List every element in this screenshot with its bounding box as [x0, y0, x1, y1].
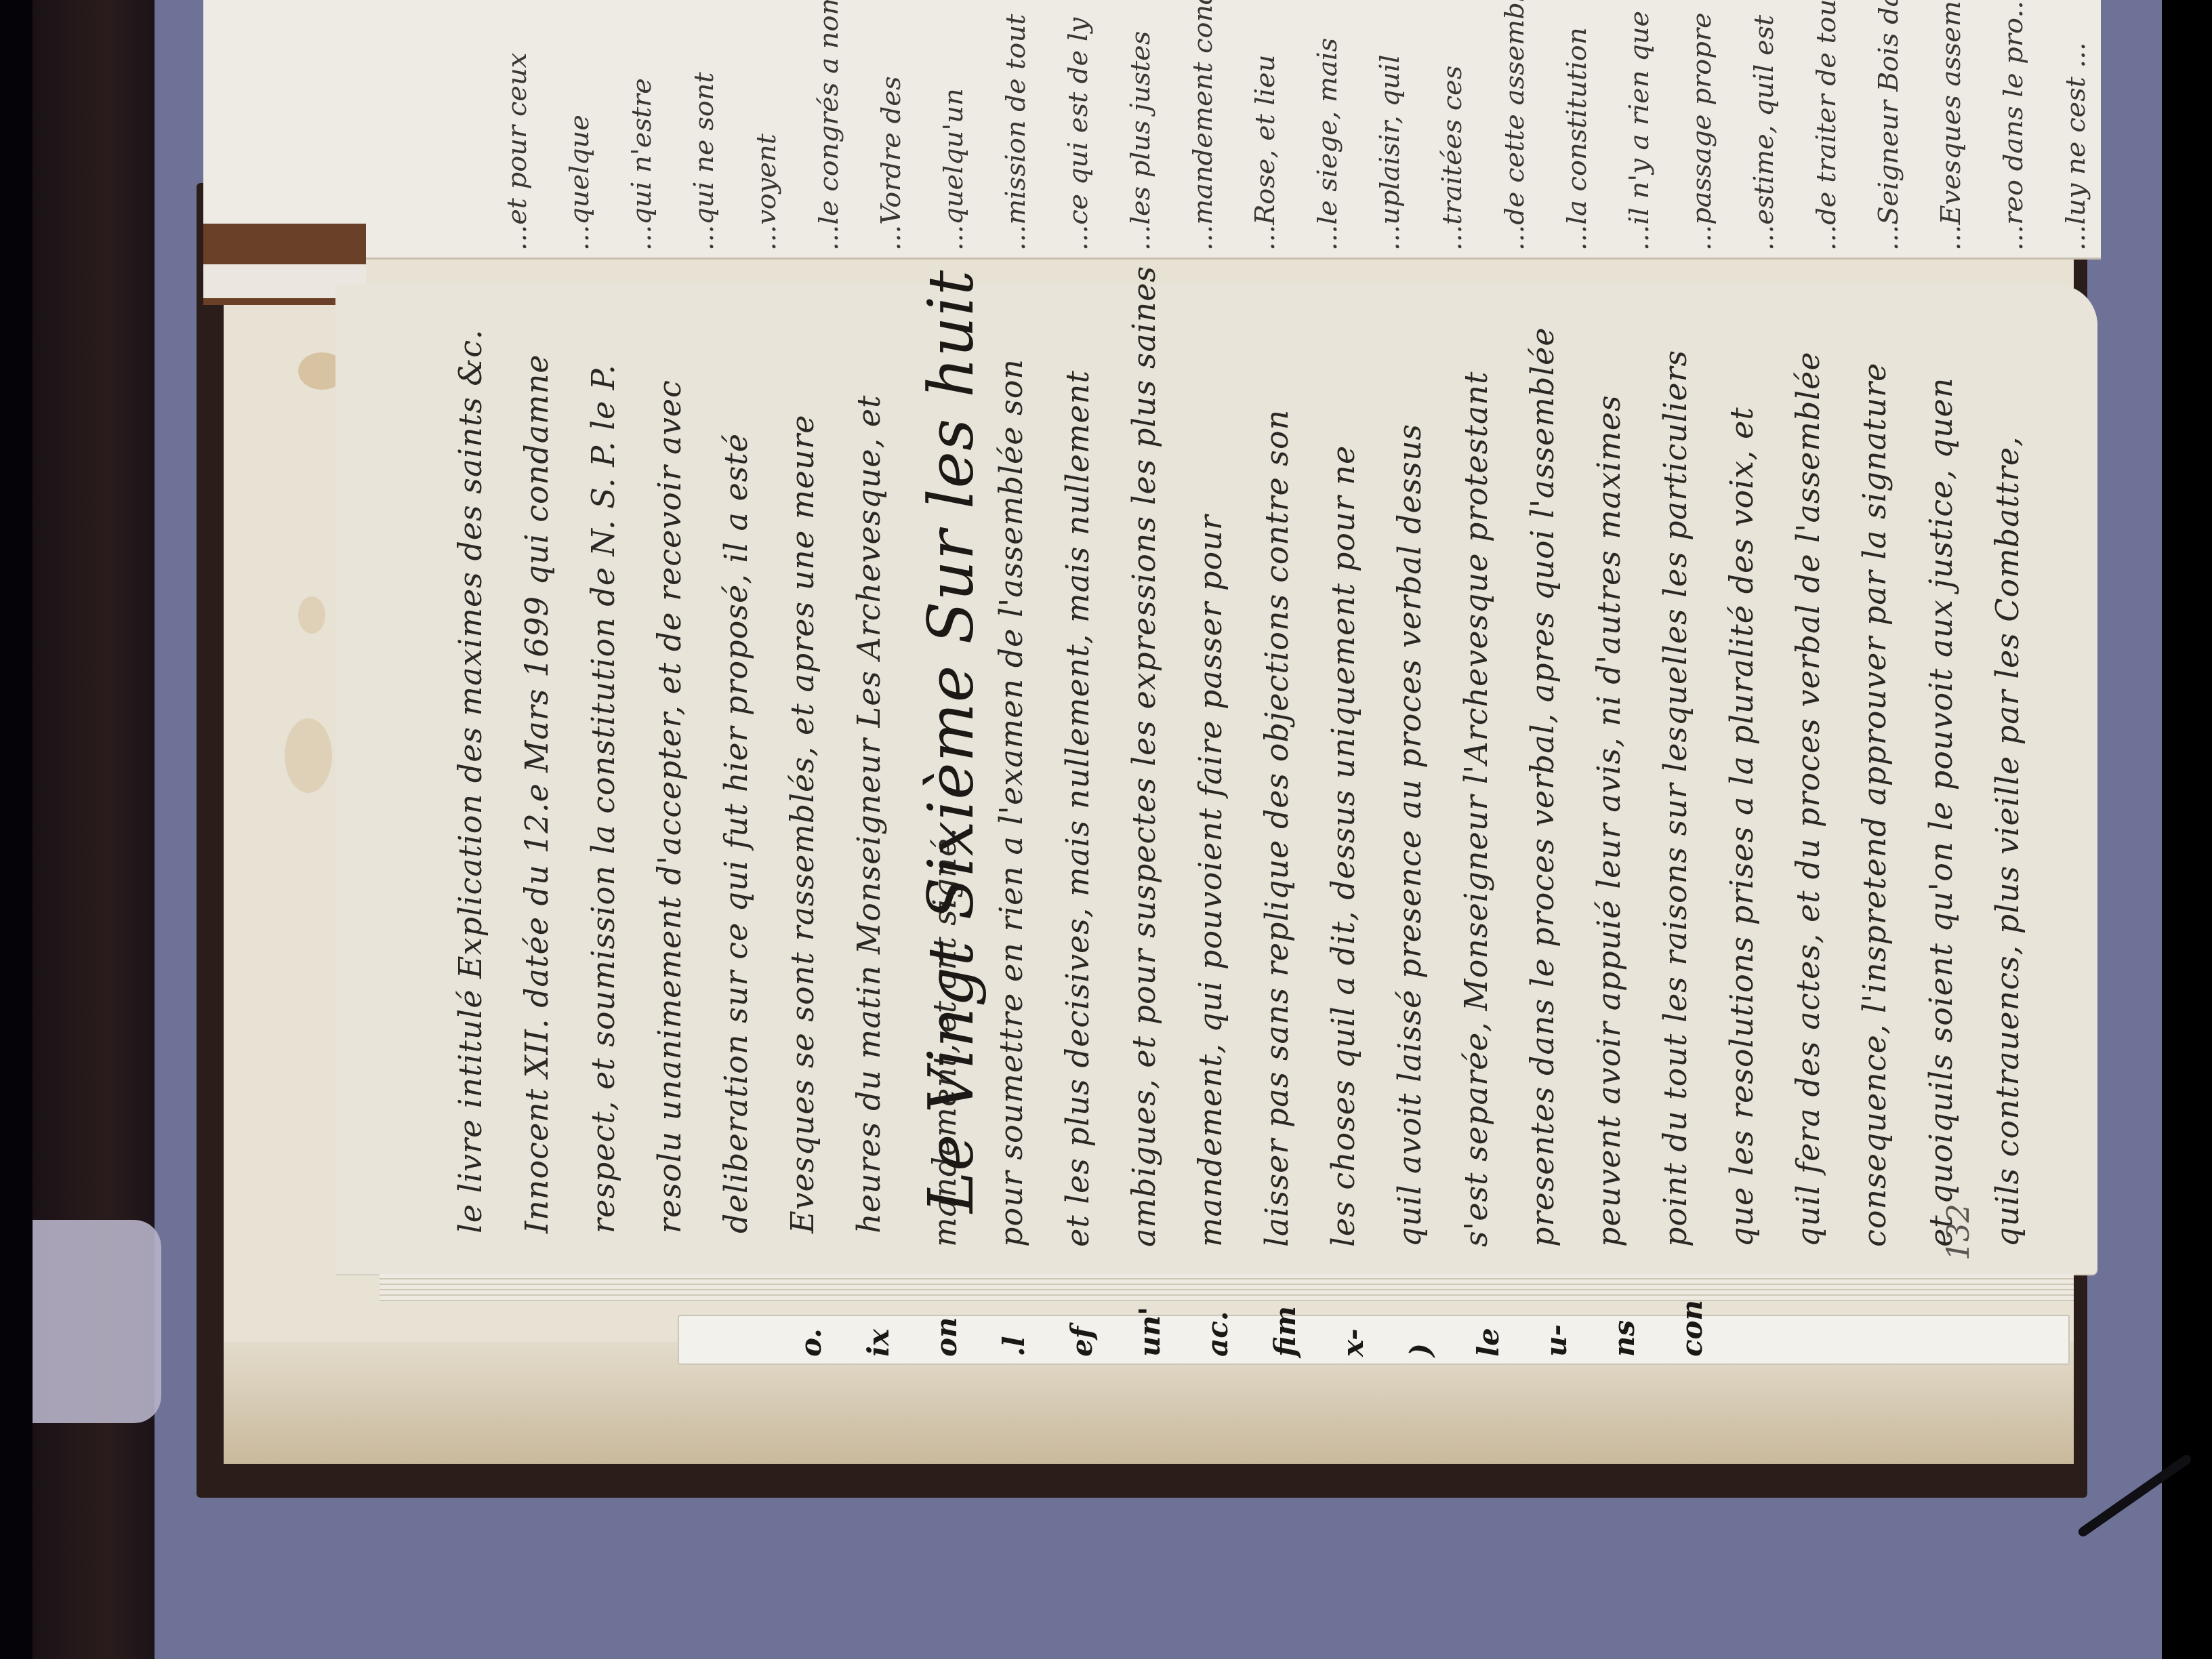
cloth-fragment	[33, 1220, 161, 1423]
manuscript-line: ambigues, et pour suspectes les expressi…	[1126, 266, 1162, 1247]
facing-page-line: ...quelque	[564, 115, 595, 251]
section-heading: Le Vingt Sixième Sur les huit	[915, 270, 987, 1213]
manuscript-line: deliberation sur ce qui fut hier proposé…	[718, 433, 754, 1233]
slip-fragment: con	[1675, 1300, 1708, 1357]
slip-fragment: )	[1404, 1343, 1437, 1357]
manuscript-line: heures du matin Monseigneur Les Archeves…	[851, 395, 887, 1233]
facing-page-line: ...estime, quil est	[1748, 15, 1780, 251]
facing-page-line: ...et pour ceux	[501, 53, 533, 251]
slip-fragment: ix	[862, 1329, 895, 1357]
manuscript-line: quil fera des actes, et du proces verbal…	[1790, 351, 1826, 1247]
page-number: 132	[1942, 1204, 1976, 1261]
facing-page-line: ...voyent	[751, 134, 782, 251]
facing-page-line: ...Evesques assemblés	[1935, 0, 1967, 251]
facing-page-line: ...reo dans le pro...	[1998, 0, 2029, 251]
slip-fragment: un'	[1133, 1307, 1166, 1357]
facing-page-line: ...les plus justes	[1125, 31, 1156, 251]
facing-page-line: ...mandement condamné	[1187, 0, 1218, 251]
inserted-paper-slip: connsu-le)x-fimac.un'ef.lonixo.	[678, 1315, 2070, 1365]
slip-fragment: fim	[1269, 1306, 1302, 1357]
facing-page-line: ...le congrés a nom	[813, 0, 844, 251]
water-stain	[298, 596, 325, 634]
facing-page-line: ...Vordre des	[876, 77, 907, 251]
manuscript-line: les choses quil a dit, dessus uniquement…	[1325, 445, 1361, 1247]
manuscript-line: presentes dans le proces verbal, apres q…	[1524, 327, 1561, 1247]
facing-page-line: ...il n'y a rien que	[1624, 11, 1655, 251]
facing-page: ...luy ne cest ......reo dans le pro....…	[203, 0, 2101, 260]
manuscript-line: Evesques se sont rassemblés, et apres un…	[784, 414, 821, 1233]
facing-page-line: ...la constitution	[1561, 27, 1593, 251]
manuscript-line: consequence, l'inspretend approuver par …	[1856, 363, 1893, 1247]
manuscript-line: peuvent avoir appuié leur avis, ni d'aut…	[1591, 395, 1627, 1248]
manuscript-line: mandement, qui pouvoient faire passer po…	[1192, 514, 1229, 1247]
facing-page-line: ...qui n'estre	[626, 78, 657, 251]
facing-page-line: ...luy ne cest ...	[2060, 42, 2091, 251]
manuscript-line: laisser pas sans replique des objections…	[1258, 409, 1295, 1247]
manuscript-line: s'est separée, Monseigneur l'Archevesque…	[1458, 371, 1494, 1247]
slip-fragment: le	[1472, 1328, 1505, 1357]
slip-fragment: ac.	[1201, 1311, 1234, 1357]
manuscript-line: point du tout les raisons sur lesquelles…	[1657, 350, 1694, 1247]
water-stain	[285, 718, 332, 793]
slip-fragment: ef	[1065, 1326, 1099, 1357]
manuscript-line: que les resolutions prises a la pluralit…	[1723, 407, 1760, 1247]
facing-page-line: ...qui ne sont	[689, 72, 720, 251]
manuscript-page: quils contrauencs, plus vieille par les …	[335, 285, 2097, 1274]
manuscript-line: resolu unanimement d'accepter, et de rec…	[651, 380, 688, 1233]
facing-page-line: ...quelqu'un	[938, 88, 969, 251]
slip-fragment: x-	[1336, 1328, 1370, 1357]
facing-page-line: ...Rose, et lieu	[1250, 55, 1281, 251]
slip-fragment: on	[930, 1317, 963, 1357]
facing-page-line: ...uplaisir, quil	[1374, 55, 1406, 251]
manuscript-line: le livre intitulé Explication des maxime…	[452, 329, 489, 1233]
page-edge-stack	[380, 1274, 2074, 1301]
slip-fragment: ns	[1607, 1320, 1641, 1357]
facing-page-line: ...traitées ces	[1437, 66, 1468, 251]
slip-fragment: .l	[998, 1336, 1031, 1357]
facing-page-line: ...Seigneur Bois dan...	[1873, 0, 1904, 251]
facing-page-line: ...passage propre	[1686, 12, 1717, 251]
facing-page-line: ...de traiter de toute	[1811, 0, 1842, 251]
manuscript-line: pour soumettre en rien a l'examen de l'a…	[993, 359, 1029, 1247]
manuscript-line: respect, et soumission la constitution d…	[585, 364, 621, 1233]
manuscript-line: Innocent XII. datée du 12.e Mars 1699 qu…	[518, 354, 555, 1233]
manuscript-line: et quoiquils soient qu'on le pouvoit aux…	[1923, 377, 1959, 1247]
facing-page-line: ...de cette assemblée	[1499, 0, 1530, 251]
facing-page-line: ...mission de tout	[1000, 14, 1031, 251]
manuscript-line: quil avoit laissé presence au proces ver…	[1391, 424, 1428, 1247]
facing-page-line: ...le siege, mais	[1312, 38, 1343, 251]
black-border-right	[2162, 0, 2212, 1659]
manuscript-line: quils contrauencs, plus vieille par les …	[1989, 436, 2026, 1247]
manuscript-line: et les plus decisives, mais nullement, m…	[1059, 370, 1096, 1247]
black-border-left	[0, 0, 33, 1659]
slip-fragment: o.	[794, 1328, 827, 1357]
slip-fragment: u-	[1540, 1324, 1573, 1357]
facing-page-line: ...ce qui est de ly	[1063, 18, 1094, 251]
